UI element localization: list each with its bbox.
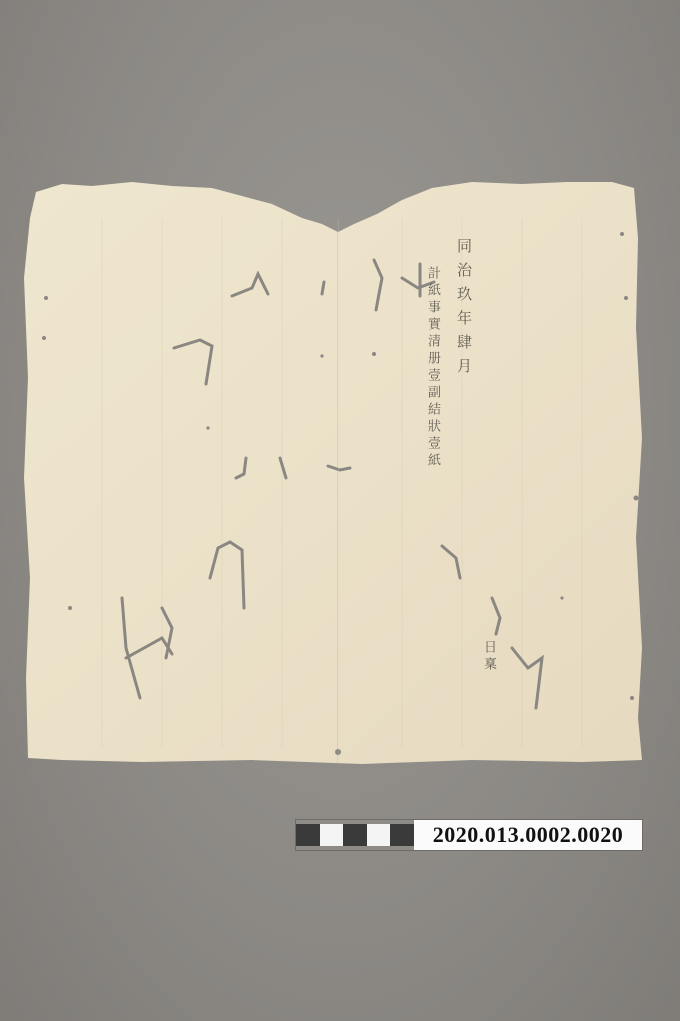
accession-number: 2020.013.0002.0020 xyxy=(414,820,642,850)
scale-bar xyxy=(296,824,414,846)
archival-document: 同治玖年肆月 計紙事實清册壹副結狀壹紙 日稟 xyxy=(22,178,646,764)
scale-segment-light xyxy=(367,824,391,846)
scale-segment-light xyxy=(320,824,344,846)
scale-segment-dark xyxy=(390,824,414,846)
center-fold xyxy=(337,218,339,763)
scale-segment-dark xyxy=(296,824,320,846)
date-line: 同治玖年肆月 xyxy=(456,238,471,382)
signoff-line: 日稟 xyxy=(482,640,495,674)
enclosure-line: 計紙事實清册壹副結狀壹紙 xyxy=(426,266,439,470)
accession-label: 2020.013.0002.0020 xyxy=(296,820,642,850)
scale-segment-dark xyxy=(343,824,367,846)
paper-sheet-shape xyxy=(22,178,646,764)
